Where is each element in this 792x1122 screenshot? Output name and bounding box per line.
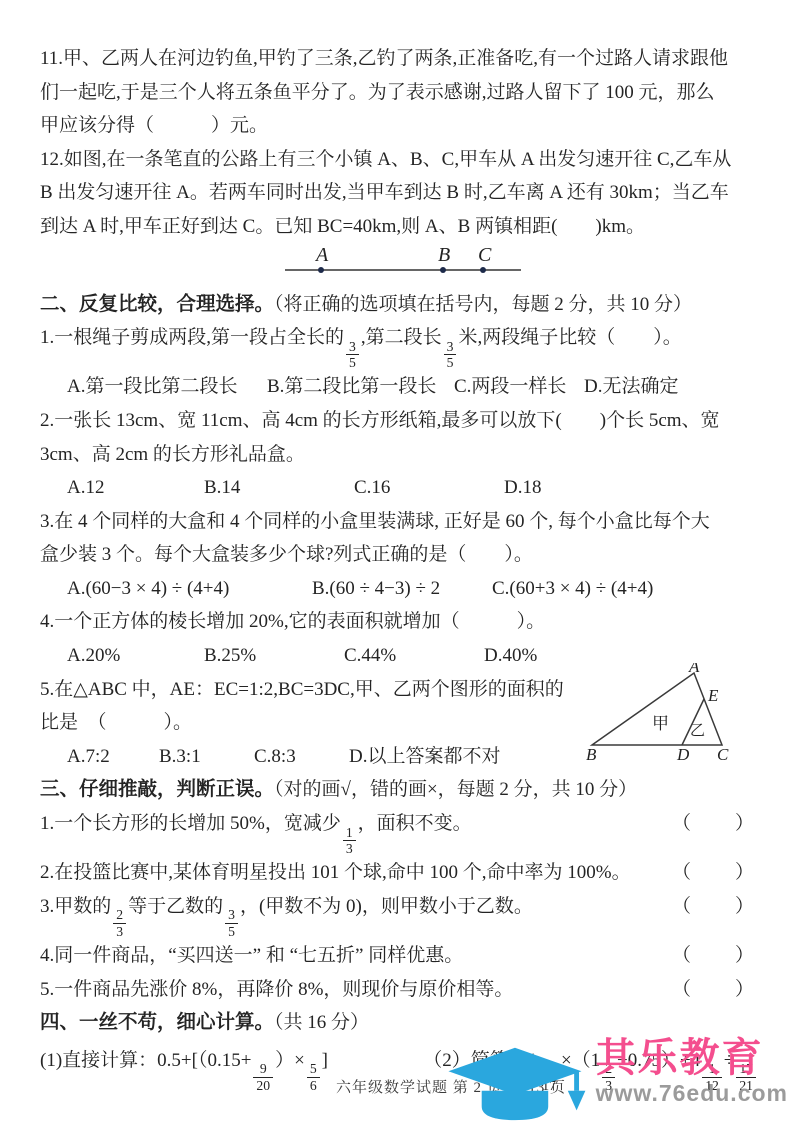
point-d-label: D [676, 745, 690, 763]
section-title: 二、反复比较，合理选择。 [40, 293, 274, 315]
section-subtitle: （将正确的选项填在括号内，每题 2 分，共 10 分） [274, 294, 692, 315]
answer-bracket: （ ） [672, 890, 758, 939]
option-a: A.(60−3 × 4) ÷ (4+4) [67, 572, 312, 606]
question-12: 12.如图,在一条笔直的公路上有三个小镇 A、B、C,甲车从 A 出发匀速开往 … [40, 143, 758, 244]
road-line-figure: A B C [283, 244, 523, 288]
judge-q2: 2.在投篮比赛中,某体育明星投出 101 个球,命中 100 个,命中率为 10… [40, 856, 758, 890]
answer-bracket: （ ） [672, 973, 758, 1007]
publisher-logo: 其乐教育 www.76edu.com [434, 1036, 788, 1122]
judge-text: 1.一个长方形的长增加 50%，宽减少13，面积不变。 [40, 807, 472, 856]
question-text: 12.如图,在一条笔直的公路上有三个小镇 A、B、C,甲车从 A 出发匀速开往 … [40, 143, 758, 177]
option-b: B.(60 ÷ 4−3) ÷ 2 [312, 572, 492, 606]
question-text: 11.甲、乙两人在河边钓鱼,甲钓了三条,乙钓了两条,正准备吃,有一个过路人请求跟… [40, 42, 758, 76]
fraction: 23 [113, 907, 126, 939]
triangle-figure: A B C D E 甲 乙 [586, 663, 744, 763]
option-b: B.14 [204, 471, 354, 505]
choice-q4-text: 4.一个正方体的棱长增加 20%,它的表面积就增加（ ）。 [40, 605, 758, 639]
vertex-a-label: A [688, 663, 700, 676]
answer-bracket: （ ） [672, 939, 758, 973]
fraction: 35 [444, 339, 457, 371]
option-b: B.3:1 [159, 740, 254, 774]
choice-q3-text: 3.在 4 个同样的大盒和 4 个同样的小盒里装满球, 正好是 60 个, 每个… [40, 505, 758, 539]
option-d: D.18 [504, 471, 541, 505]
section-2-heading: 二、反复比较，合理选择。（将正确的选项填在括号内，每题 2 分，共 10 分） [40, 288, 758, 322]
triangle-figure-wrap: A B C D E 甲 乙 [586, 663, 744, 769]
judge-text: 3.甲数的23等于乙数的35，(甲数不为 0)，则甲数小于乙数。 [40, 890, 533, 939]
option-d: D.无法确定 [584, 370, 678, 404]
choice-q5-text: 比是 （ ）。 [40, 706, 600, 740]
section-4-heading: 四、一丝不苟，细心计算。（共 16 分） [40, 1006, 758, 1040]
point-a-label: A [314, 244, 329, 266]
choice-q3-options: A.(60−3 × 4) ÷ (4+4)B.(60 ÷ 4−3) ÷ 2C.(6… [40, 572, 758, 606]
section-subtitle: （对的画√，错的画×，每题 2 分，共 10 分） [274, 779, 637, 800]
point-b-label: B [438, 244, 450, 266]
question-text: 到达 A 时,甲车正好到达 C。已知 BC=40km,则 A、B 两镇相距( )… [40, 210, 758, 244]
point-c-label: C [478, 244, 492, 266]
judge-text: 5.一件商品先涨价 8%，再降价 8%，则现价与原价相等。 [40, 973, 513, 1007]
judge-q3: 3.甲数的23等于乙数的35，(甲数不为 0)，则甲数小于乙数。 （ ） [40, 890, 758, 939]
judge-q1: 1.一个长方形的长增加 50%，宽减少13，面积不变。 （ ） [40, 807, 758, 856]
choice-q2-options: A.12B.14C.16D.18 [40, 471, 758, 505]
fraction: 35 [225, 907, 238, 939]
brand-url: www.76edu.com [596, 1080, 788, 1106]
region-yi-label: 乙 [690, 723, 705, 739]
choice-q5-textblock: 5.在△ABC 中，AE：EC=1:2,BC=3DC,甲、乙两个图形的面积的 比… [40, 673, 600, 740]
option-a: A.20% [67, 639, 204, 673]
vertex-c-label: C [717, 745, 729, 763]
paper-content: 11.甲、乙两人在河边钓鱼,甲钓了三条,乙钓了两条,正准备吃,有一个过路人请求跟… [40, 42, 758, 1093]
fraction: 920 [253, 1061, 273, 1093]
fraction: 35 [346, 339, 359, 371]
choice-q1-options: A.第一段比第二段长B.第二段比第一段长C.两段一样长D.无法确定 [40, 370, 758, 404]
section-subtitle: （共 16 分） [274, 1012, 369, 1033]
fraction: 56 [307, 1061, 320, 1093]
choice-q1-text: 1.一根绳子剪成两段,第一段占全长的35,第二段长35米,两段绳子比较（ ）。 [40, 321, 758, 370]
question-11: 11.甲、乙两人在河边钓鱼,甲钓了三条,乙钓了两条,正准备吃,有一个过路人请求跟… [40, 42, 758, 143]
point-e-label: E [707, 686, 719, 705]
option-b: B.第二段比第一段长 [267, 370, 454, 404]
brand-name: 其乐教育 [596, 1036, 788, 1080]
option-a: A.12 [67, 471, 204, 505]
vertex-b-label: B [586, 745, 597, 763]
option-b: B.25% [204, 639, 344, 673]
question-text: 们一起吃,于是三个人将五条鱼平分了。为了表示感谢,过路人留下了 100 元，那么 [40, 76, 758, 110]
region-jia-label: 甲 [652, 714, 669, 733]
answer-bracket: （ ） [672, 807, 758, 856]
choice-q5: 5.在△ABC 中，AE：EC=1:2,BC=3DC,甲、乙两个图形的面积的 比… [40, 673, 758, 774]
option-c: C.8:3 [254, 740, 349, 774]
judge-q4: 4.同一件商品，“买四送一” 和 “七五折” 同样优惠。 （ ） [40, 939, 758, 973]
section-title: 四、一丝不苟，细心计算。 [40, 1011, 274, 1033]
answer-bracket: （ ） [672, 856, 758, 890]
judge-text: 2.在投篮比赛中,某体育明星投出 101 个球,命中 100 个,命中率为 10… [40, 856, 631, 890]
option-a: A.第一段比第二段长 [67, 370, 267, 404]
option-c: C.两段一样长 [454, 370, 584, 404]
question-text: 甲应该分得（ ）元。 [40, 109, 758, 143]
road-diagram: A B C [283, 244, 758, 288]
choice-q3-text: 盒少装 3 个。每个大盒装多少个球?列式正确的是（ ）。 [40, 538, 758, 572]
judge-text: 4.同一件商品，“买四送一” 和 “七五折” 同样优惠。 [40, 939, 463, 973]
option-a: A.7:2 [67, 740, 159, 774]
logo-text: 其乐教育 www.76edu.com [596, 1036, 788, 1106]
option-d: D.以上答案都不对 [349, 740, 500, 774]
option-c: C.(60+3 × 4) ÷ (4+4) [492, 572, 653, 606]
choice-q2-text: 3cm、高 2cm 的长方形礼品盒。 [40, 438, 758, 472]
choice-q2-text: 2.一张长 13cm、宽 11cm、高 4cm 的长方形纸箱,最多可以放下( )… [40, 404, 758, 438]
option-d: D.40% [484, 639, 537, 673]
section-3-heading: 三、仔细推敲，判断正误。（对的画√，错的画×，每题 2 分，共 10 分） [40, 773, 758, 807]
test-paper-page: 11.甲、乙两人在河边钓鱼,甲钓了三条,乙钓了两条,正准备吃,有一个过路人请求跟… [0, 0, 792, 1122]
judge-q5: 5.一件商品先涨价 8%，再降价 8%，则现价与原价相等。 （ ） [40, 973, 758, 1007]
option-c: C.44% [344, 639, 484, 673]
question-text: B 出发匀速开往 A。若两车同时出发,当甲车到达 B 时,乙车离 A 还有 30… [40, 176, 758, 210]
fraction: 13 [343, 825, 356, 857]
graduation-cap-icon [434, 1036, 592, 1122]
option-c: C.16 [354, 471, 504, 505]
section-title: 三、仔细推敲，判断正误。 [40, 778, 274, 800]
choice-q5-text: 5.在△ABC 中，AE：EC=1:2,BC=3DC,甲、乙两个图形的面积的 [40, 673, 600, 707]
